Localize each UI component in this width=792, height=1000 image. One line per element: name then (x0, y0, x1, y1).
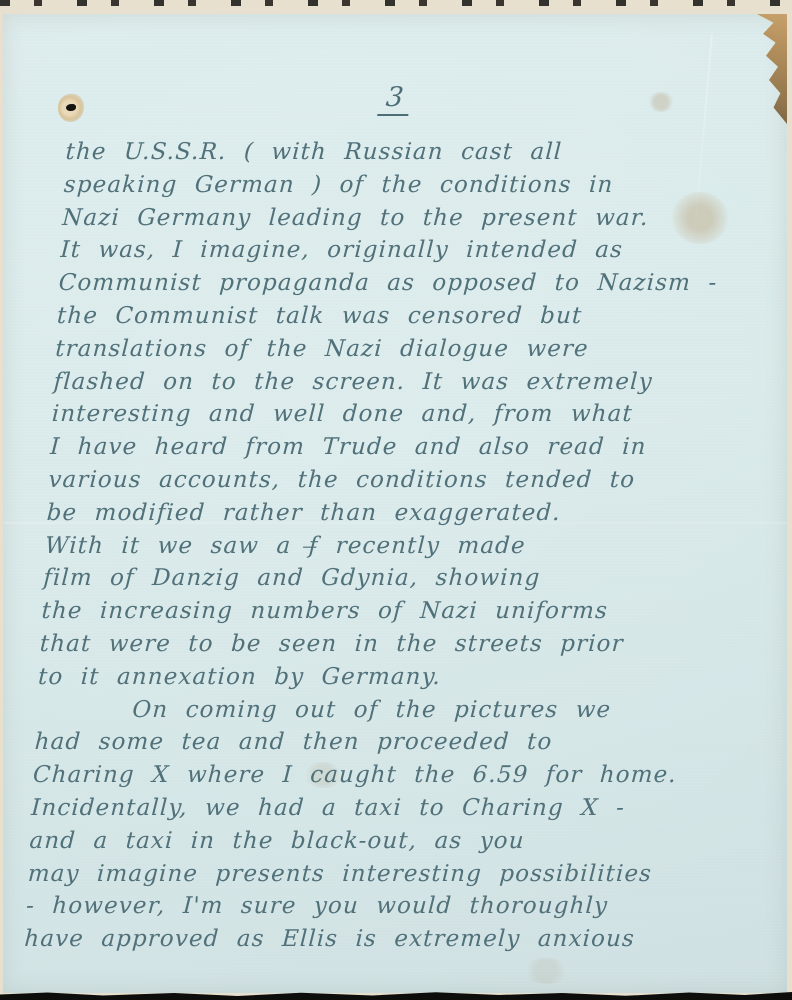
handwritten-line: may imagine presents interesting possibi… (27, 858, 753, 891)
letter-page: 3 the U.S.S.R. ( with Russian cast allsp… (3, 14, 787, 993)
handwritten-line: to it annexation by Germany. (37, 661, 763, 694)
handwritten-line: the Communist talk was censored but (56, 300, 782, 333)
scan-edge-top (0, 0, 792, 6)
handwritten-line: be modified rather than exaggerated. (46, 497, 772, 530)
handwritten-text: the U.S.S.R. ( with Russian cast allspea… (24, 136, 791, 956)
handwritten-line: It was, I imagine, originally intended a… (60, 234, 786, 267)
handwritten-line: Nazi Germany leading to the present war. (61, 202, 787, 235)
handwritten-line: the increasing numbers of Nazi uniforms (41, 595, 767, 628)
handwritten-line: - however, I'm sure you would thoroughly (25, 890, 751, 923)
page-number-value: 3 (378, 82, 413, 116)
handwritten-line: that were to be seen in the streets prio… (39, 628, 765, 661)
handwritten-line: film of Danzig and Gdynia, showing (42, 562, 768, 595)
handwritten-line: translations of the Nazi dialogue were (54, 333, 780, 366)
handwritten-line: I have heard from Trude and also read in (49, 431, 775, 464)
handwritten-line: the U.S.S.R. ( with Russian cast all (65, 136, 791, 169)
handwritten-line: interesting and well done and, from what (51, 398, 777, 431)
foxing-stain (523, 958, 569, 984)
handwritten-line: Charing X where I caught the 6.59 for ho… (32, 759, 758, 792)
handwritten-line: and a taxi in the black-out, as you (29, 825, 755, 858)
handwritten-line: Incidentally, we had a taxi to Charing X… (30, 792, 756, 825)
handwritten-line: Communist propaganda as opposed to Nazis… (58, 267, 784, 300)
handwritten-line: flashed on to the screen. It was extreme… (53, 366, 779, 399)
handwritten-line: have approved as Ellis is extremely anxi… (24, 923, 750, 956)
handwritten-line: With it we saw a f̶ recently made (44, 530, 770, 563)
handwritten-line: On coming out of the pictures we (36, 694, 762, 727)
handwritten-line: had some tea and then proceeded to (34, 726, 760, 759)
handwritten-line: speaking German ) of the conditions in (63, 169, 789, 202)
page-number: 3 (3, 82, 787, 116)
handwritten-line: various accounts, the conditions tended … (48, 464, 774, 497)
